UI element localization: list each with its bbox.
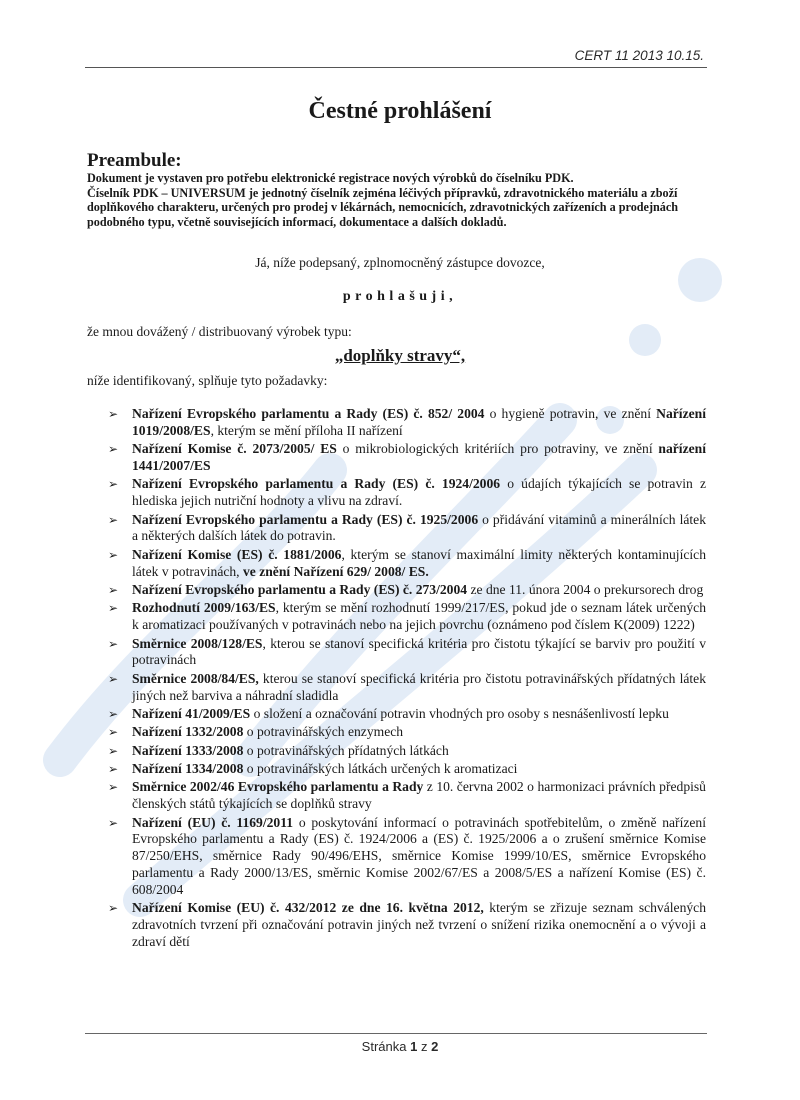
regulation-reference: Nařízení 1334/2008 bbox=[132, 761, 243, 776]
regulation-reference: Směrnice 2008/84/ES, bbox=[132, 671, 259, 686]
arrowhead-bullet-icon: ➢ bbox=[108, 900, 118, 917]
regulation-item: ➢Směrnice 2008/128/ES, kterou se stanoví… bbox=[108, 636, 706, 670]
regulation-reference: Nařízení Evropského parlamentu a Rady (E… bbox=[132, 512, 478, 527]
arrowhead-bullet-icon: ➢ bbox=[108, 671, 118, 688]
regulation-item: ➢Nařízení 1333/2008 o potravinářských př… bbox=[108, 743, 706, 760]
regulation-description: o hygieně potravin, ve znění bbox=[484, 406, 656, 421]
page-current: 1 bbox=[410, 1039, 417, 1054]
regulation-reference: Směrnice 2002/46 Evropského parlamentu a… bbox=[132, 779, 423, 794]
regulation-item: ➢Nařízení (EU) č. 1169/2011 o poskytován… bbox=[108, 815, 706, 899]
regulation-reference: Nařízení Komise (ES) č. 1881/2006 bbox=[132, 547, 341, 562]
footer-divider bbox=[85, 1033, 707, 1034]
page-label: Stránka bbox=[362, 1039, 407, 1054]
regulation-item: ➢Nařízení Komise (EU) č. 432/2012 ze dne… bbox=[108, 900, 706, 950]
preamble-text: Dokument je vystaven pro potřebu elektro… bbox=[87, 171, 727, 229]
page-number: Stránka 1 z 2 bbox=[0, 1039, 800, 1054]
regulation-reference: Nařízení (EU) č. 1169/2011 bbox=[132, 815, 293, 830]
arrowhead-bullet-icon: ➢ bbox=[108, 512, 118, 529]
page-title: Čestné prohlášení bbox=[0, 98, 800, 125]
regulation-description: o potravinářských látkách určených k aro… bbox=[243, 761, 517, 776]
regulation-description: o složení a označování potravin vhodných… bbox=[250, 706, 669, 721]
regulations-list: ➢Nařízení Evropského parlamentu a Rady (… bbox=[108, 406, 706, 952]
regulation-item: ➢Nařízení Komise č. 2073/2005/ ES o mikr… bbox=[108, 441, 706, 475]
regulation-reference: Nařízení 1332/2008 bbox=[132, 724, 243, 739]
arrowhead-bullet-icon: ➢ bbox=[108, 779, 118, 796]
regulation-description: o potravinářských přídatných látkách bbox=[243, 743, 448, 758]
regulation-reference: Nařízení Evropského parlamentu a Rady (E… bbox=[132, 582, 467, 597]
regulation-item: ➢Nařízení 1332/2008 o potravinářských en… bbox=[108, 724, 706, 741]
regulation-description: ze dne 11. února 2004 o prekursorech dro… bbox=[467, 582, 703, 597]
product-line: že mnou dovážený / distribuovaný výrobek… bbox=[87, 324, 352, 340]
preamble-line: Dokument je vystaven pro potřebu elektro… bbox=[87, 171, 727, 186]
requirements-intro: níže identifikovaný, splňuje tyto požada… bbox=[87, 373, 327, 389]
arrowhead-bullet-icon: ➢ bbox=[108, 441, 118, 458]
regulation-item: ➢Nařízení 41/2009/ES o složení a označov… bbox=[108, 706, 706, 723]
arrowhead-bullet-icon: ➢ bbox=[108, 582, 118, 599]
arrowhead-bullet-icon: ➢ bbox=[108, 706, 118, 723]
arrowhead-bullet-icon: ➢ bbox=[108, 476, 118, 493]
document-code: CERT 11 2013 10.15. bbox=[575, 48, 704, 63]
regulation-item: ➢Nařízení Evropského parlamentu a Rady (… bbox=[108, 512, 706, 546]
regulation-reference: ve znění Nařízení 629/ 2008/ ES. bbox=[243, 564, 429, 579]
signer-statement: Já, níže podepsaný, zplnomocněný zástupc… bbox=[0, 255, 800, 271]
regulation-reference: Nařízení Evropského parlamentu a Rady (E… bbox=[132, 406, 484, 421]
regulation-reference: Nařízení 1333/2008 bbox=[132, 743, 243, 758]
header-divider bbox=[85, 67, 707, 68]
regulation-reference: Nařízení Komise (EU) č. 432/2012 ze dne … bbox=[132, 900, 484, 915]
arrowhead-bullet-icon: ➢ bbox=[108, 815, 118, 832]
regulation-reference: Nařízení Evropského parlamentu a Rady (E… bbox=[132, 476, 500, 491]
arrowhead-bullet-icon: ➢ bbox=[108, 547, 118, 564]
arrowhead-bullet-icon: ➢ bbox=[108, 636, 118, 653]
regulation-item: ➢Směrnice 2008/84/ES, kterou se stanoví … bbox=[108, 671, 706, 705]
regulation-reference: Nařízení Komise č. 2073/2005/ ES bbox=[132, 441, 337, 456]
page-total: 2 bbox=[431, 1039, 438, 1054]
page-separator: z bbox=[421, 1039, 428, 1054]
regulation-description: , kterým se mění příloha II nařízení bbox=[211, 423, 403, 438]
regulation-item: ➢Nařízení Komise (ES) č. 1881/2006, kter… bbox=[108, 547, 706, 581]
arrowhead-bullet-icon: ➢ bbox=[108, 600, 118, 617]
regulation-description: o mikrobiologických kritériích pro potra… bbox=[337, 441, 659, 456]
regulation-description: o potravinářských enzymech bbox=[243, 724, 403, 739]
preamble-heading: Preambule: bbox=[87, 150, 182, 172]
regulation-item: ➢Nařízení Evropského parlamentu a Rady (… bbox=[108, 582, 706, 599]
regulation-item: ➢Směrnice 2002/46 Evropského parlamentu … bbox=[108, 779, 706, 813]
preamble-line: Číselník PDK – UNIVERSUM je jednotný čís… bbox=[87, 186, 727, 230]
declaration-verb: prohlašuji, bbox=[0, 289, 800, 305]
product-type: „doplňky stravy“, bbox=[0, 346, 800, 366]
arrowhead-bullet-icon: ➢ bbox=[108, 406, 118, 423]
regulation-item: ➢Nařízení Evropského parlamentu a Rady (… bbox=[108, 476, 706, 510]
regulation-reference: Nařízení 41/2009/ES bbox=[132, 706, 250, 721]
regulation-item: ➢Nařízení Evropského parlamentu a Rady (… bbox=[108, 406, 706, 440]
arrowhead-bullet-icon: ➢ bbox=[108, 724, 118, 741]
regulation-item: ➢Rozhodnutí 2009/163/ES, kterým se mění … bbox=[108, 600, 706, 634]
regulation-item: ➢Nařízení 1334/2008 o potravinářských lá… bbox=[108, 761, 706, 778]
regulation-reference: Rozhodnutí 2009/163/ES bbox=[132, 600, 276, 615]
arrowhead-bullet-icon: ➢ bbox=[108, 743, 118, 760]
arrowhead-bullet-icon: ➢ bbox=[108, 761, 118, 778]
regulation-reference: Směrnice 2008/128/ES bbox=[132, 636, 262, 651]
